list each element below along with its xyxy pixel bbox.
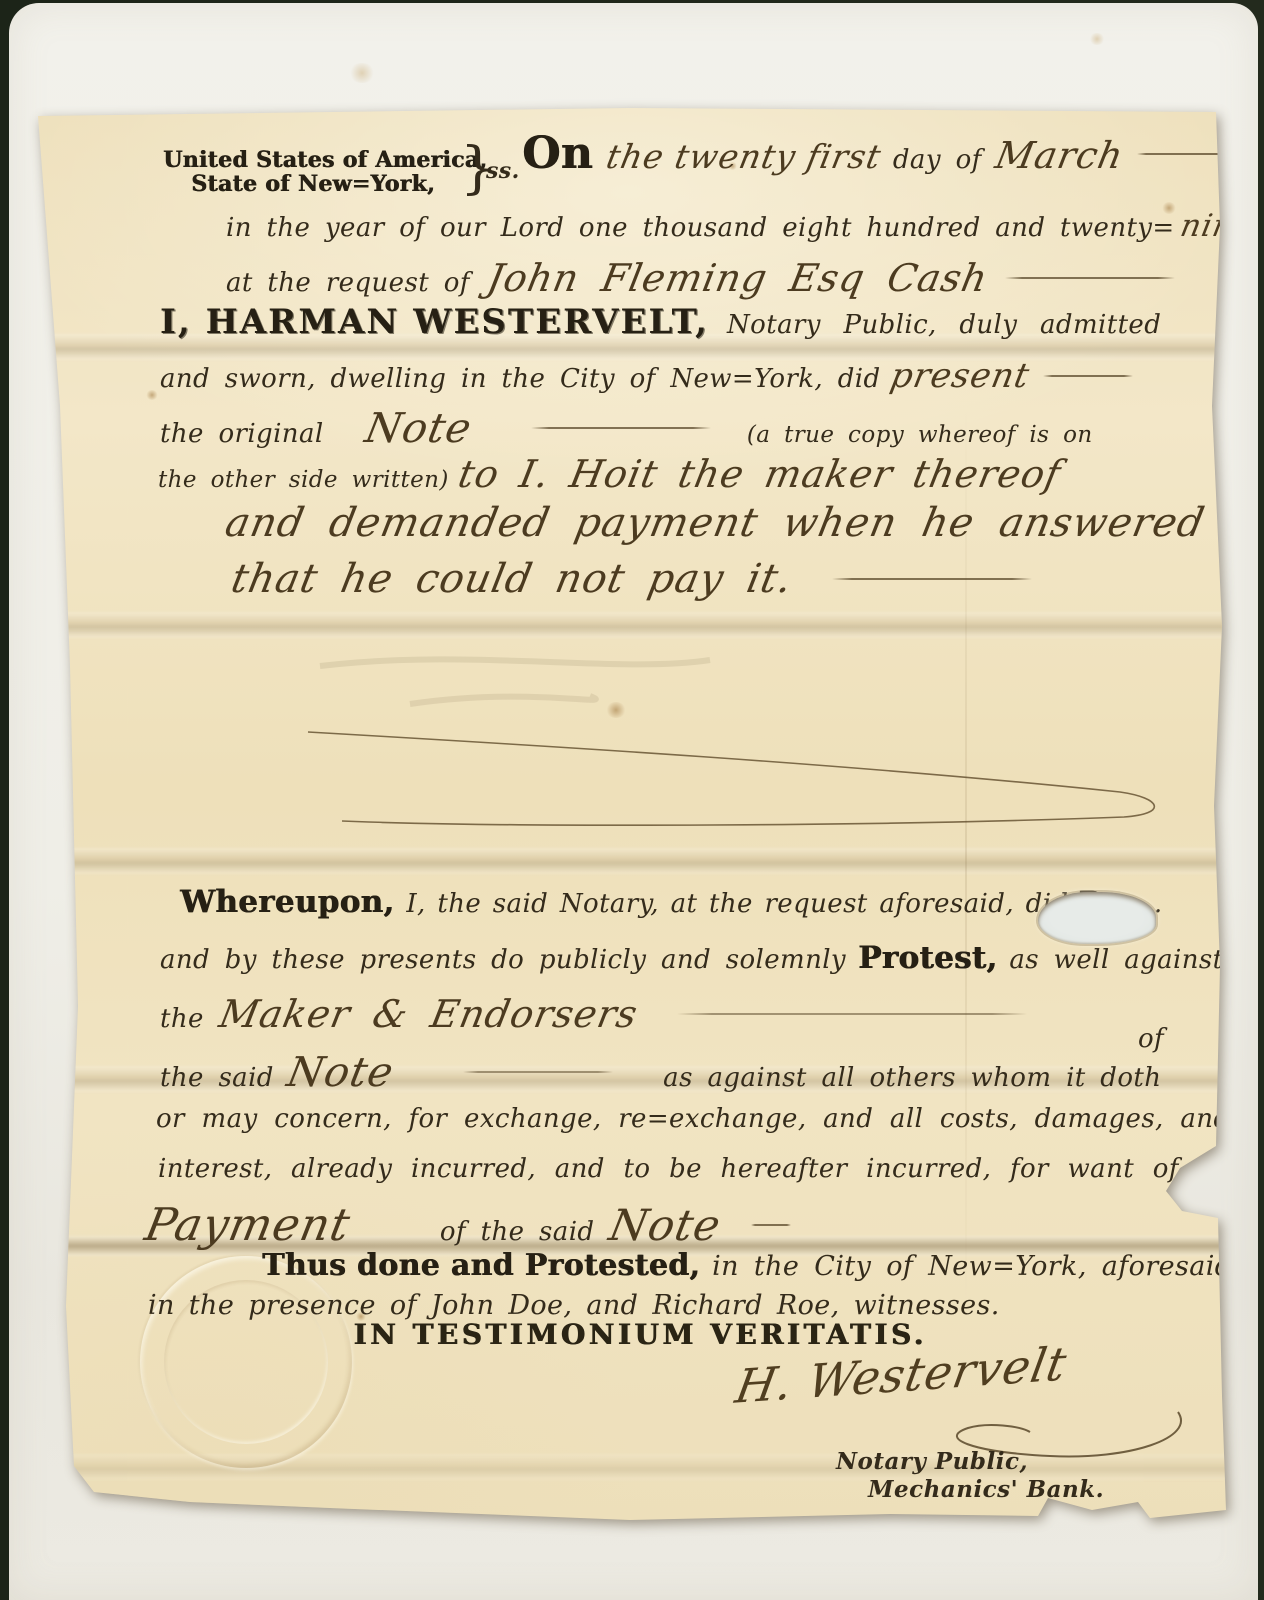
year-printed: in the year of our Lord one thousand eig… [226,213,1175,243]
ink-dash [1005,277,1175,279]
the-printed: the [160,1004,204,1034]
others-printed: as against all others whom it doth [663,1063,1161,1093]
presents-printed: and by these presents do publicly and so… [160,945,846,975]
note-handwritten: Note [606,1201,726,1251]
jurisdiction-block: United States of America, State of New=Y… [163,148,463,196]
day-handwritten: the twenty first [603,137,885,176]
witness-printed: in the presence of John Doe, and Richard… [148,1290,1000,1321]
against-printed: as well against [1009,945,1223,975]
ss-abbrev: ss. [486,158,520,184]
said-prefix-printed: the said [160,1063,274,1093]
fold-crease [30,612,1226,638]
day-of-printed: day of [893,145,982,175]
maker-endorsers-line: the Maker & Endorsers [160,992,1027,1036]
interest-line: interest, already incurred, and to be he… [158,1154,1179,1184]
of-the-said-printed: of the said [440,1217,595,1247]
instrument-handwritten: Note [361,404,476,452]
witness-line: in the presence of John Doe, and Richard… [148,1290,1000,1321]
demand-line: and demanded payment when he answered [226,500,1204,546]
jurisdiction-country: United States of America, [163,148,463,172]
said-note-line: the said Note as against all others whom… [160,1048,1161,1096]
paper-sheet: United States of America, State of New=Y… [30,106,1226,1530]
payment-handwritten: Payment [141,1198,355,1251]
notary-name-line: I, HARMAN WESTERVELT, Notary Public, dul… [160,302,1161,342]
paper-hole [1038,892,1156,944]
refusal-line: that he could not pay it. [232,556,1032,602]
requester-handwritten: John Fleming Esq Cash [484,256,992,300]
ink-dash [677,1013,1027,1015]
sworn-line: and sworn, dwelling in the City of New=Y… [160,356,1133,396]
request-line: at the request of John Fleming Esq Cash [226,256,1175,300]
concern-printed: or may concern, for exchange, re=exchang… [156,1104,1230,1134]
signature-title-2: Mechanics' Bank. [868,1476,1104,1503]
city-printed: in the City of New=York, aforesaid, [712,1251,1241,1282]
whereupon-blackletter: Whereupon, [180,884,394,920]
year-line: in the year of our Lord one thousand eig… [226,208,1264,244]
fold-crease [30,848,1226,874]
testimonium-line: IN TESTIMONIUM VERITATIS. [360,1318,920,1351]
ink-dash [1043,375,1133,377]
jurisdiction-state: State of New=York, [163,172,463,196]
mat-stain [1089,33,1105,45]
whereupon-printed: I, the said Notary, at the request afore… [406,889,1068,919]
notary-signature: H. Westervelt [732,1336,1072,1414]
concern-line: or may concern, for exchange, re=exchang… [156,1104,1230,1134]
interest-printed: interest, already incurred, and to be he… [158,1154,1179,1184]
maker-handwritten: to I. Hoit the maker thereof [454,452,1064,496]
ink-dash [832,578,1032,580]
present-handwritten: present [887,356,1033,396]
mat-stain [349,63,375,83]
original-prefix: the original [160,419,324,449]
presents-line: and by these presents do publicly and so… [160,940,1224,976]
ink-dash [1137,153,1227,155]
sworn-printed: and sworn, dwelling in the City of New=Y… [160,364,881,394]
protest-word-blackletter: Protest, [858,940,997,976]
embossed-notary-seal [140,1256,352,1468]
foxing-spot [146,390,158,400]
maker-endorsers-handwritten: Maker & Endorsers [216,992,642,1036]
other-side-line: the other side written) to I. Hoit the m… [158,452,1060,496]
on-word-blackletter: On [522,128,593,179]
request-prefix: at the request of [226,268,470,298]
testimonium-heading: IN TESTIMONIUM VERITATIS. [353,1318,926,1351]
ink-dash [531,427,711,429]
notary-title-line: Notary Public, duly admitted [727,310,1161,340]
true-copy-printed: (a true copy whereof is on [747,422,1093,448]
notary-name: I, HARMAN WESTERVELT, [160,302,709,342]
ink-dash [463,1071,613,1073]
demand-handwritten: and demanded payment when he answered [222,500,1209,546]
signature-title-2-row: Mechanics' Bank. [868,1476,1104,1503]
scanned-document-image: United States of America, State of New=Y… [0,0,1264,1600]
signature-title-1: Notary Public, [836,1448,1028,1475]
other-side-printed: the other side written) [158,467,449,493]
thus-done-blackletter: Thus done and Protested, [262,1248,700,1283]
pen-flourish [290,646,1230,846]
refusal-handwritten: that he could not pay it. [228,556,797,602]
note-handwritten: Note [283,1048,398,1096]
original-line: the original Note (a true copy whereof i… [160,404,1093,452]
thus-done-line: Thus done and Protested, in the City of … [262,1248,1241,1283]
signature-row: H. Westervelt [736,1348,1067,1402]
payment-line: Payment of the said Note [146,1198,791,1251]
signature-title-1-row: Notary Public, [836,1448,1028,1475]
month-handwritten: March [991,134,1127,177]
opening-line: On the twenty first day of March [522,128,1227,179]
whereupon-line: Whereupon, I, the said Notary, at the re… [180,884,1165,920]
ink-dash [751,1224,791,1226]
